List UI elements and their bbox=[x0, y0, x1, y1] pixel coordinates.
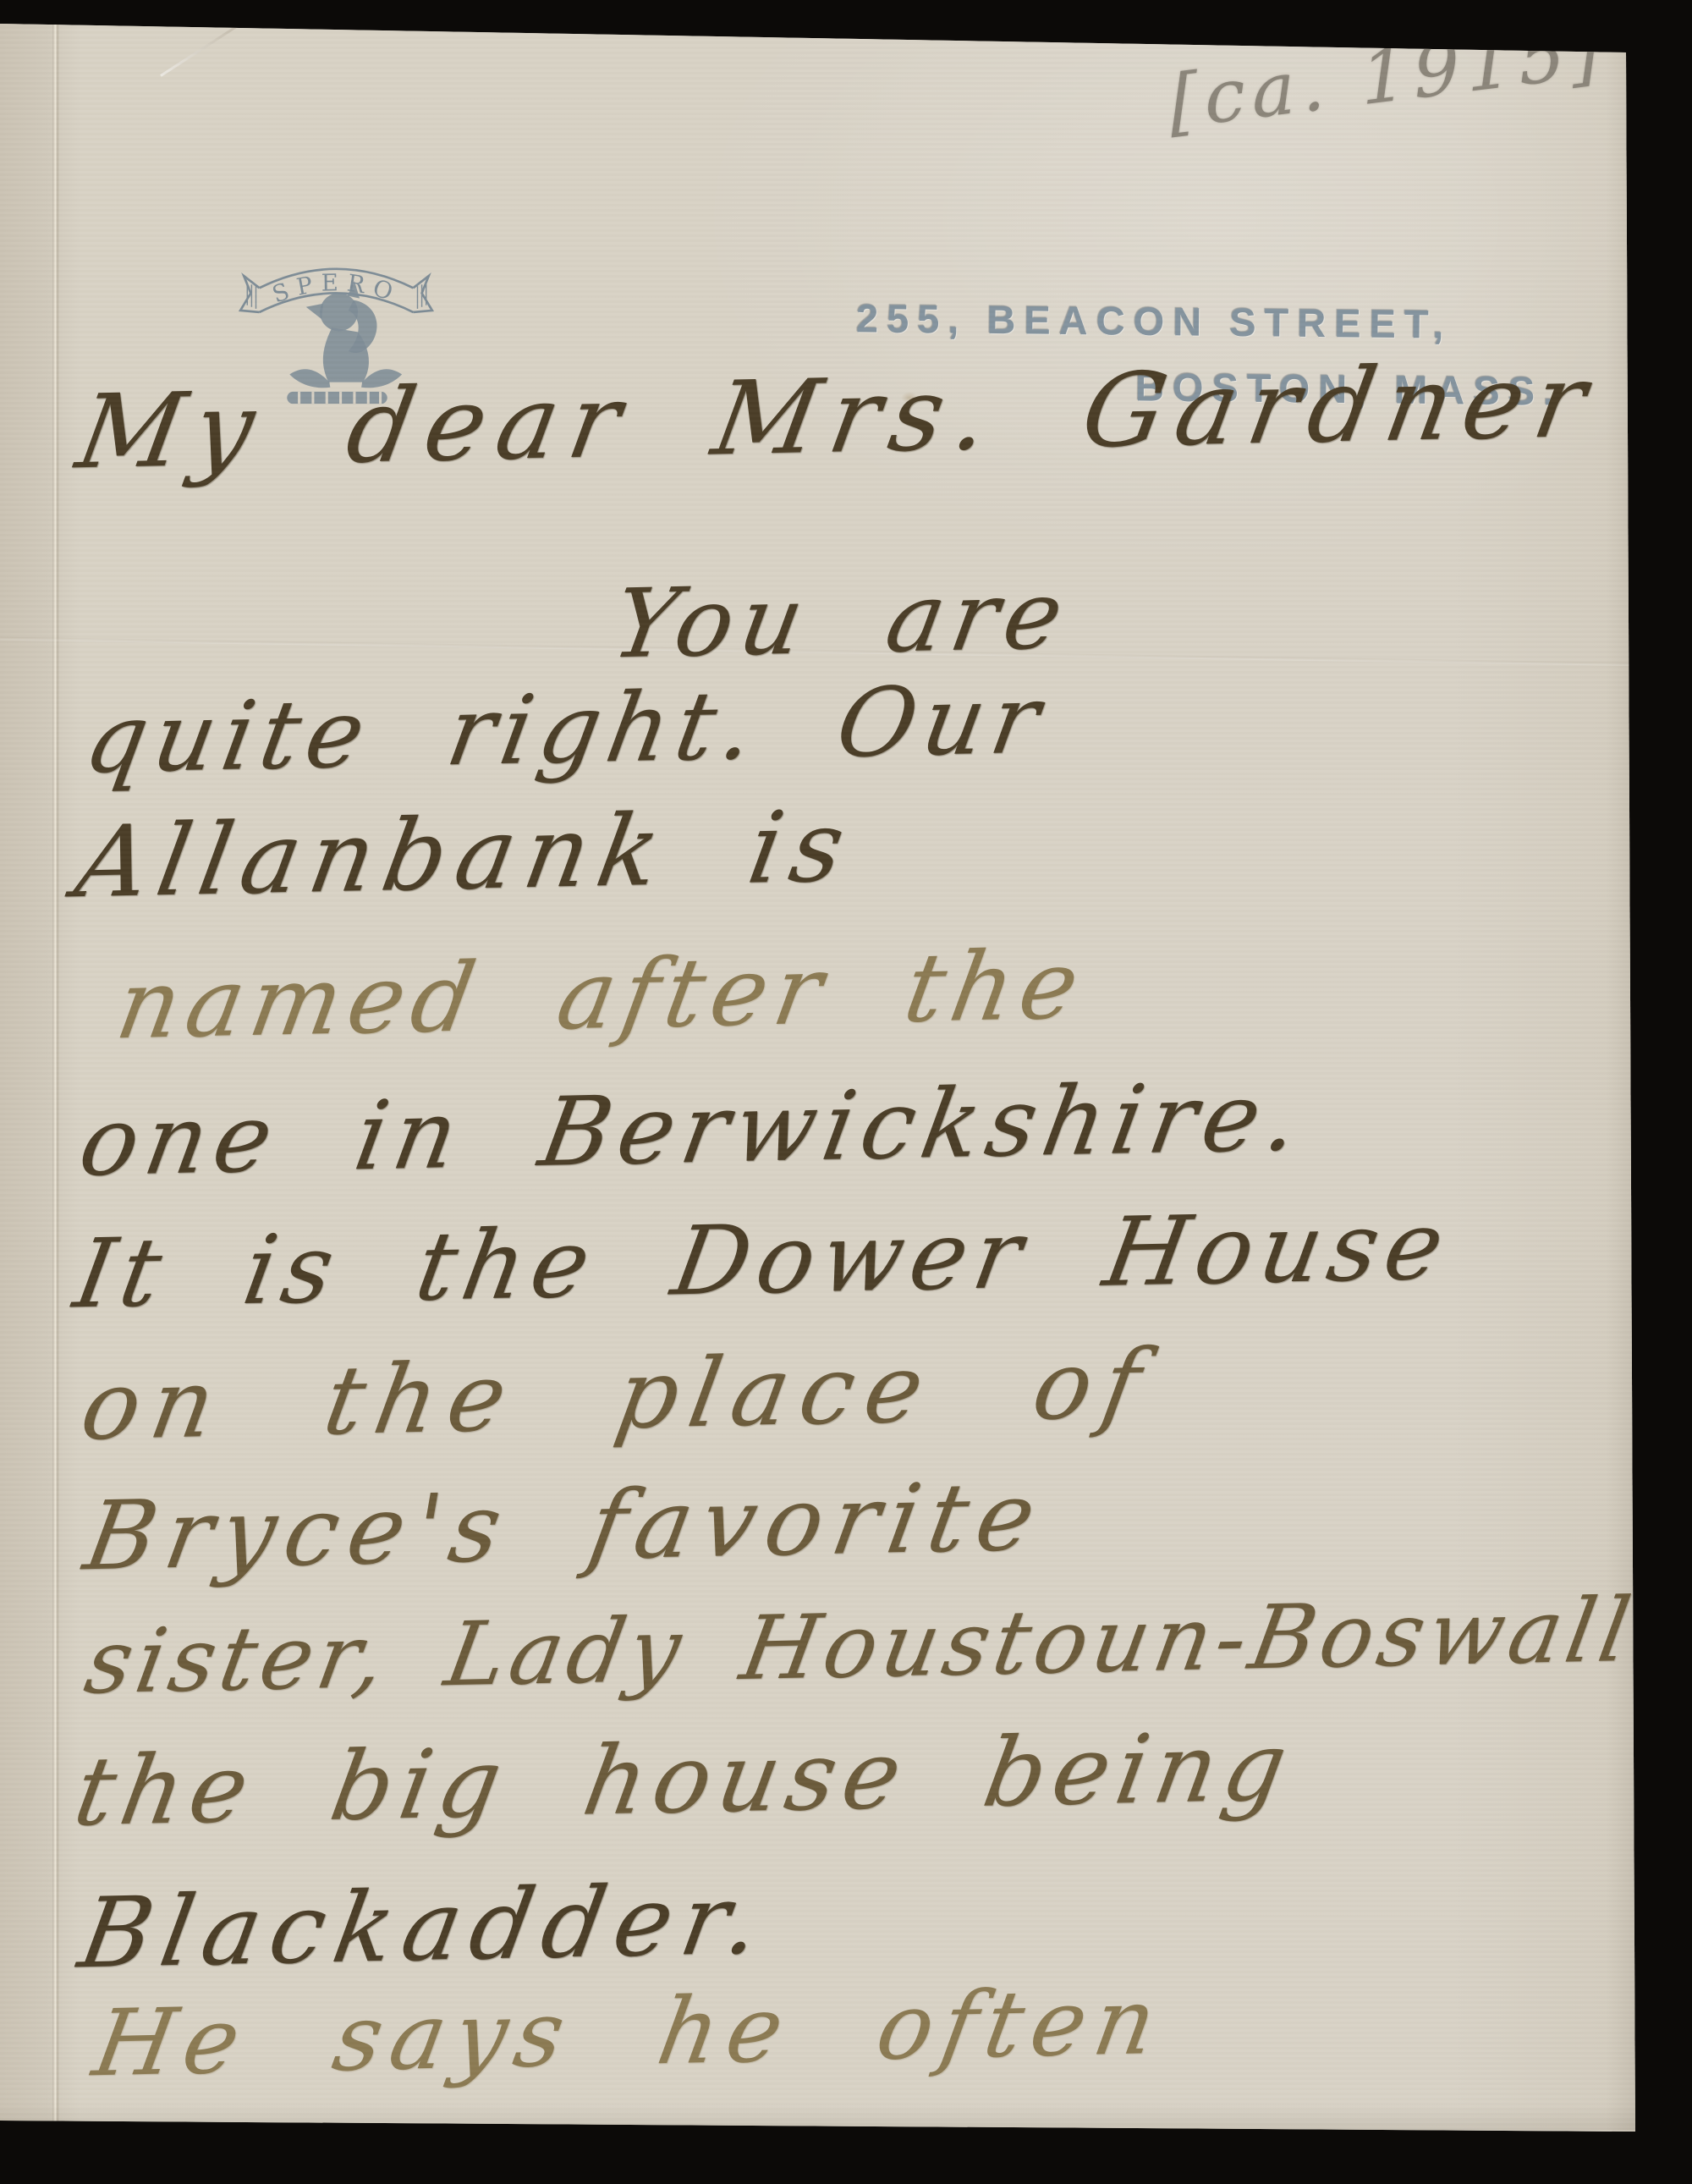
corner-crease bbox=[160, 19, 246, 77]
letter-line: He says he often bbox=[87, 1977, 1171, 2091]
letter-line: Blackadder. bbox=[73, 1871, 777, 1982]
letterhead-address-line1: 255, BEACON STREET, bbox=[856, 294, 1453, 347]
letter-line: sister, Lady Houstoun-Boswall bbox=[80, 1586, 1641, 1707]
letter-line-salutation: My dear Mrs. Gardner bbox=[70, 350, 1604, 484]
letter-line: the big house being bbox=[69, 1719, 1301, 1840]
letter-line: It is the Dower House bbox=[69, 1198, 1458, 1322]
paper-edge-shadow-right bbox=[1606, 0, 1640, 2184]
letter-line: on the place of bbox=[75, 1337, 1159, 1455]
vertical-fold-crease bbox=[52, 0, 59, 2184]
pencil-date-annotation: [ca. 1915] bbox=[1167, 8, 1608, 146]
letter-line: named after the bbox=[111, 938, 1093, 1053]
letter-line: one in Berwickshire. bbox=[74, 1070, 1313, 1191]
paper-edge-shadow-bottom bbox=[0, 2104, 1692, 2130]
letter-line: Bryce's favorite bbox=[79, 1469, 1052, 1584]
scan-background: [ca. 1915] SPERO bbox=[0, 0, 1692, 2184]
letter-line: Allanbank is bbox=[69, 798, 861, 913]
letter-line: quite right. Our bbox=[79, 672, 1054, 787]
letter-line: You are bbox=[607, 568, 1077, 673]
letter-paper: [ca. 1915] SPERO bbox=[0, 0, 1692, 2184]
